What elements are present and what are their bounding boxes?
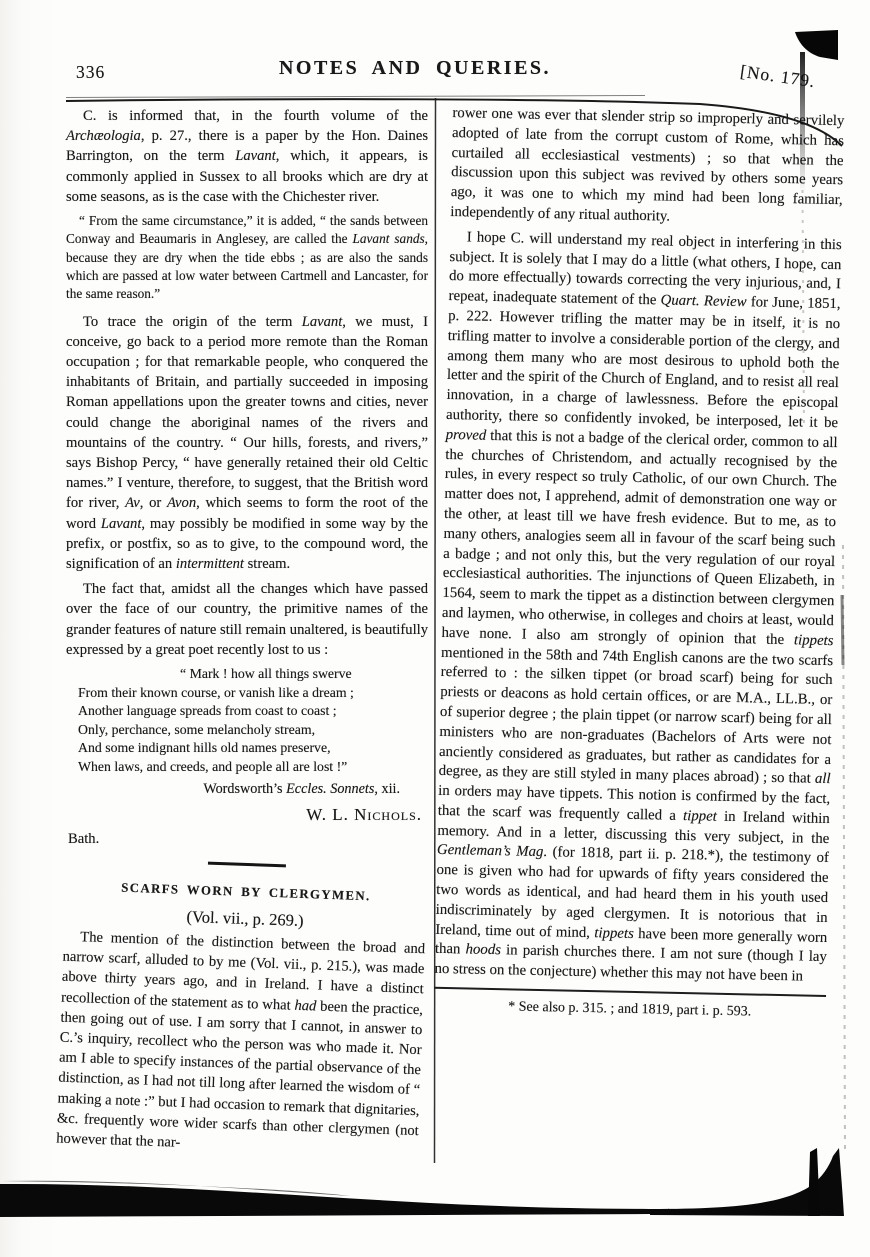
left-column: C. is informed that, in the fourth volum… xyxy=(66,106,428,1160)
footnote-rule xyxy=(434,987,826,997)
paragraph-scarfs-1: The mention of the distinction between t… xyxy=(56,927,426,1162)
bottom-shadow-right xyxy=(650,1148,844,1216)
section-divider-rule xyxy=(208,862,286,867)
author-signature: W. L. Nichols. xyxy=(66,805,422,825)
bottom-shadow-rough-edge xyxy=(2,1181,350,1196)
header-rule-double xyxy=(66,96,645,98)
page-edge-mark xyxy=(842,595,843,665)
poem-line: When laws, and creeds, and people all ar… xyxy=(78,758,428,777)
bottom-shadow-left xyxy=(0,1184,650,1217)
poem-line: Only, perchance, some melancholy stream, xyxy=(78,721,428,740)
journal-title: NOTES AND QUERIES. xyxy=(0,57,830,80)
paragraph-lavant-1: C. is informed that, in the fourth volum… xyxy=(66,106,428,207)
poem-lines: “ Mark ! how all things swerveFrom their… xyxy=(78,665,428,777)
section-scarfs: SCARFS WORN BY CLERGYMEN. (Vol. vii., p.… xyxy=(56,857,428,1162)
paragraph-scarfs-continued: rower one was ever that slender strip so… xyxy=(450,104,844,231)
poem-line: And some indignant hills old names prese… xyxy=(78,739,428,758)
poem-line: From their known course, or vanish like … xyxy=(78,684,428,703)
page-edge-specks xyxy=(843,545,845,1150)
paragraph-lavant-3: The fact that, amidst all the changes wh… xyxy=(66,579,428,660)
bottom-corner-spike xyxy=(808,1148,820,1216)
footnote-text: * See also p. 315. ; and 1819, part i. p… xyxy=(434,995,826,1023)
paragraph-scarfs-2: I hope C. will understand my real object… xyxy=(434,228,842,988)
right-column: rower one was ever that slender strip so… xyxy=(433,104,844,1028)
section-title: SCARFS WORN BY CLERGYMEN. xyxy=(65,875,427,908)
scanned-page: 336 NOTES AND QUERIES. [No. 179. C. is i… xyxy=(0,0,870,1257)
corner-fold-shadow xyxy=(795,30,838,60)
author-place: Bath. xyxy=(68,829,428,849)
poem-attribution: Wordsworth’s Eccles. Sonnets, xii. xyxy=(66,779,400,799)
poem-line: “ Mark ! how all things swerve xyxy=(78,665,428,684)
quote-paragraph: “ From the same circumstance,” it is add… xyxy=(66,212,428,303)
paragraph-lavant-2: To trace the origin of the term Lavant, … xyxy=(66,312,428,575)
poem-line: Another language spreads from coast to c… xyxy=(78,702,428,721)
